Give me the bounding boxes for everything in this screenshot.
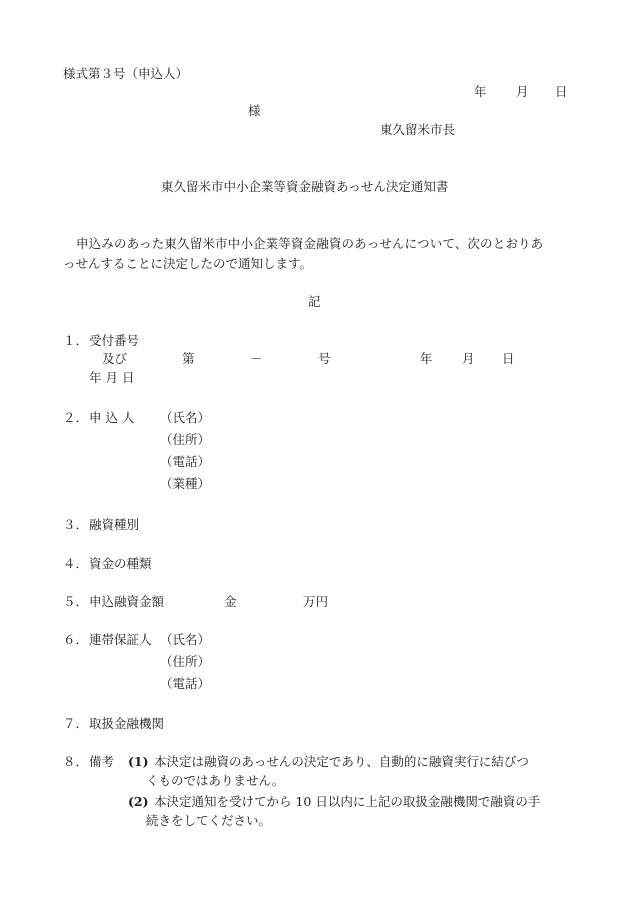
item-1-label-2: 及び (102, 351, 127, 367)
form-label: 様式第３号（申込人） (63, 66, 188, 82)
item-5-unit: 万円 (303, 594, 328, 610)
note-2-line-2: 続きをしてください。 (146, 813, 271, 829)
item-7-number: ７． (63, 716, 88, 732)
item-1-label: 受付番号 (89, 333, 139, 349)
item-2-field-name: （氏名） (160, 410, 210, 426)
note-2-line-1: 本決定通知を受けてから 10 日以内に上記の取扱金融機関で融資の手 (154, 794, 540, 810)
note-1-mark: (1) (128, 754, 149, 770)
item-4-number: ４． (63, 556, 88, 572)
note-1-line-2: くものではありません。 (146, 773, 284, 789)
item-1-number: １． (63, 333, 88, 349)
date-day: 日 (555, 84, 568, 100)
item-6-label: 連帯保証人 (89, 632, 152, 648)
intro-line-1: 申込みのあった東久留米市中小企業等資金融資のあっせんについて、次のとおりあ (76, 236, 543, 252)
item-1-go: 号 (318, 351, 331, 367)
document-title: 東久留米市中小企業等資金融資あっせん決定通知書 (161, 179, 448, 195)
item-1-day: 日 (502, 351, 515, 367)
item-6-field-address: （住所） (160, 654, 210, 670)
issuer: 東久留米市長 (380, 122, 455, 138)
item-3-number: ３． (63, 517, 88, 533)
item-7-label: 取扱金融機関 (89, 716, 164, 732)
item-5-label: 申込融資金額 (89, 594, 164, 610)
note-2-mark: (2) (128, 794, 149, 810)
note-1-line-1: 本決定は融資のあっせんの決定であり、自動的に融資実行に結びつ (154, 754, 529, 770)
item-1-dai: 第 (182, 351, 195, 367)
item-1-year: 年 (420, 351, 433, 367)
item-3-label: 融資種別 (89, 517, 139, 533)
date-year: 年 (474, 84, 487, 100)
item-1-label-3: 年 月 日 (89, 370, 134, 386)
ki-heading: 記 (308, 294, 321, 310)
item-6-field-phone: （電話） (160, 676, 210, 692)
addressee-suffix: 様 (248, 103, 261, 119)
item-2-label: 申 込 人 (89, 410, 134, 426)
item-8-number: ８． (63, 754, 88, 770)
item-5-kin: 金 (224, 594, 237, 610)
item-5-number: ５． (63, 594, 88, 610)
item-4-label: 資金の種類 (89, 556, 152, 572)
item-1-dash: － (250, 351, 263, 367)
item-2-field-industry: （業種） (160, 476, 210, 492)
item-8-label: 備考 (89, 754, 114, 770)
item-2-field-phone: （電話） (160, 454, 210, 470)
intro-line-2: っせんすることに決定したので通知します。 (63, 256, 312, 272)
item-6-number: ６． (63, 632, 88, 648)
item-2-field-address: （住所） (160, 432, 210, 448)
date-month: 月 (516, 84, 529, 100)
item-6-field-name: （氏名） (160, 632, 210, 648)
item-2-number: ２． (63, 410, 88, 426)
item-1-month: 月 (462, 351, 475, 367)
